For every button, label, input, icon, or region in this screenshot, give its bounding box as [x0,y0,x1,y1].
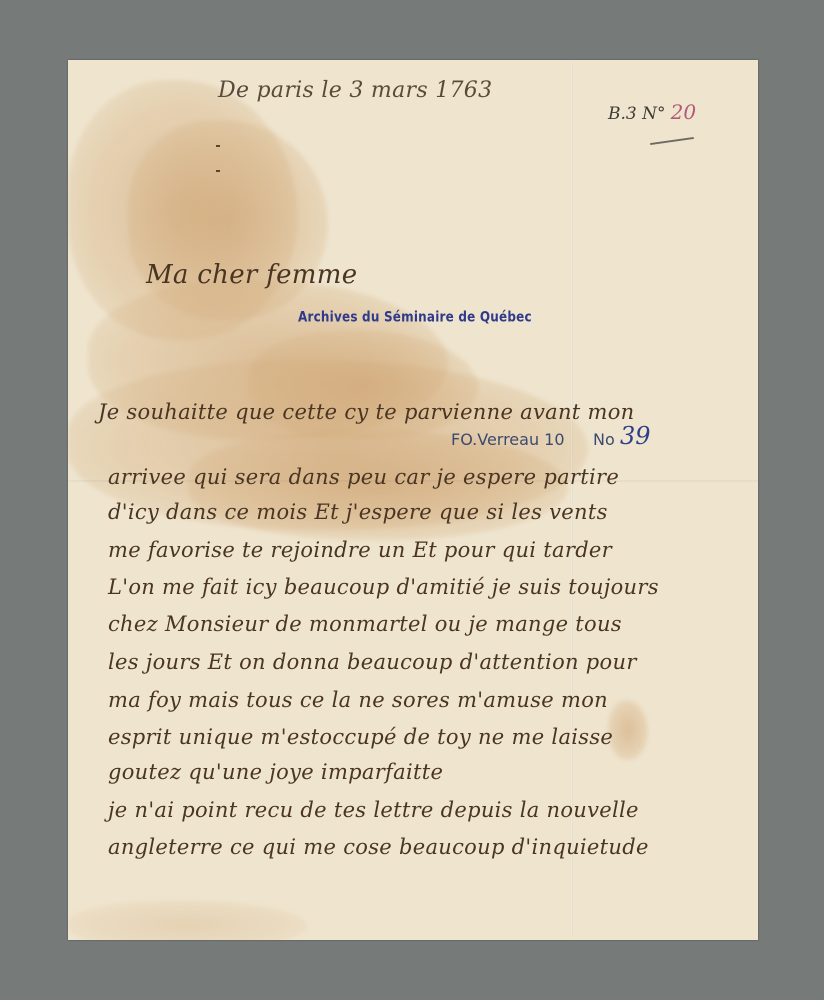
archive-stamp: Archives du Séminaire de Québec [298,309,532,325]
number-label-stamp: No [593,430,615,449]
ink-spot [608,700,648,760]
number-value: 39 [620,422,651,450]
reference-value: 20 [671,100,696,124]
body-line: esprit unique m'estoccupé de toy ne me l… [108,725,613,749]
water-stain [68,900,308,940]
body-line: Je souhaitte que cette cy te parvienne a… [98,400,634,424]
body-line: goutez qu'une joye imparfaitte [108,760,443,784]
reference-number: B.3 N° 20 [608,100,696,124]
body-line: les jours Et on donna beaucoup d'attenti… [108,650,637,674]
letter-page: De paris le 3 mars 1763 B.3 N° 20 Ma che… [68,60,758,940]
body-line: angleterre ce qui me cose beaucoup d'inq… [108,835,649,859]
reference-prefix: B.3 N° [608,104,666,124]
body-line: arrivee qui sera dans peu car je espere … [108,465,619,489]
margin-mark [216,170,220,172]
salutation: Ma cher femme [146,260,357,290]
checkmark-icon [650,137,694,145]
body-line: L'on me fait icy beaucoup d'amitié je su… [108,575,659,599]
body-line: me favorise te rejoindre un Et pour qui … [108,538,612,562]
collection-stamp: FO.Verreau 10 [451,430,565,449]
body-line: d'icy dans ce mois Et j'espere que si le… [108,500,608,524]
margin-mark [216,145,220,147]
body-line: je n'ai point recu de tes lettre depuis … [108,798,639,822]
body-line: chez Monsieur de monmartel ou je mange t… [108,612,622,636]
body-line: ma foy mais tous ce la ne sores m'amuse … [108,688,608,712]
dateline: De paris le 3 mars 1763 [218,78,492,103]
